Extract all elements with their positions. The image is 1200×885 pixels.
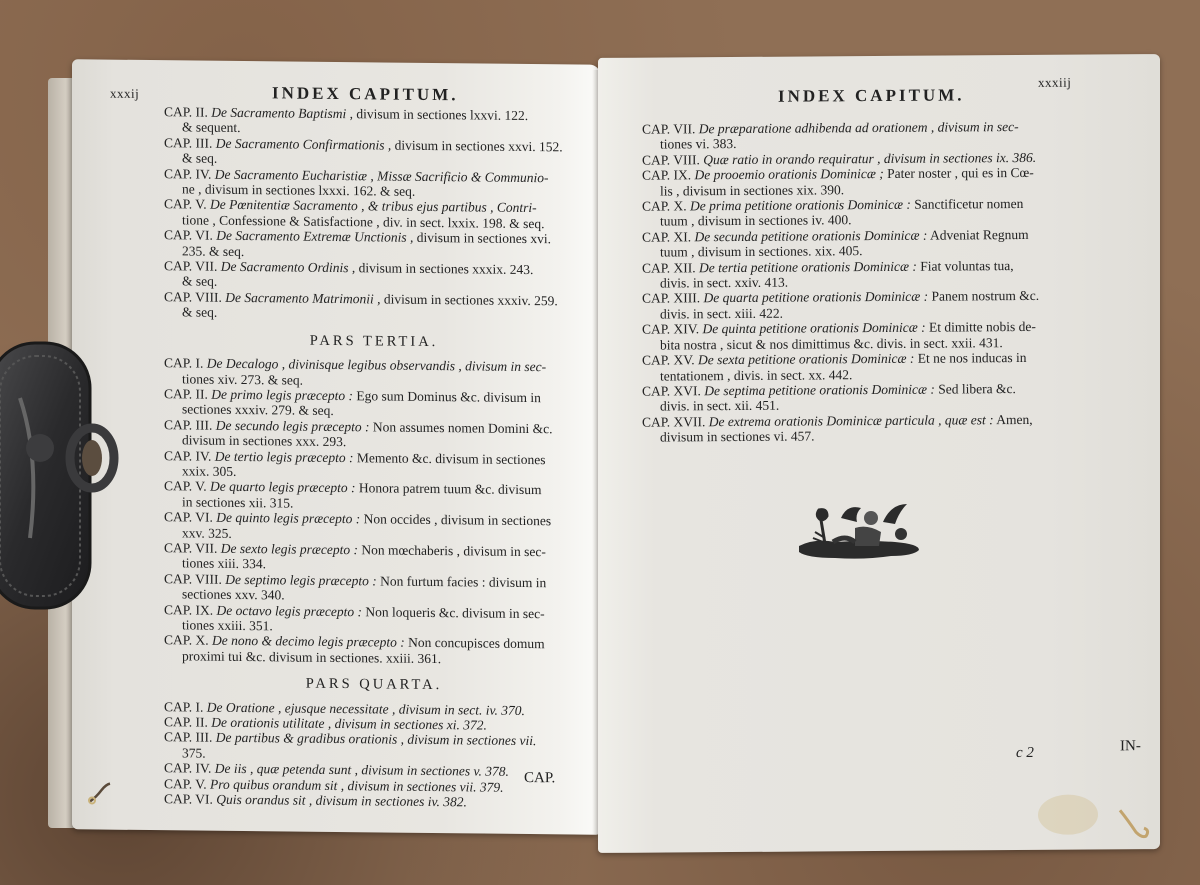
chapter-number: CAP. III. [164,135,212,151]
tab-curl-icon [86,781,116,805]
chapter-detail: divisum in sectiones xxxix. 243. [359,260,534,277]
chapter-number: CAP. II. [164,714,208,729]
chapter-title: De octavo legis præcepto : [217,602,362,619]
chapter-number: CAP. IV. [164,760,211,775]
chapter-title: De partibus & gradibus orationis , divis… [216,730,537,748]
chapter-title: De prima petitione orationis Dominicæ : [690,197,911,214]
chapter-detail: Sanctificetur nomen [914,196,1023,212]
chapter-detail: Pater noster , qui es in Cœ- [887,165,1034,181]
chapter-title: De quinto legis præcepto : [216,510,360,527]
index-entry: CAP. XIV. De quinta petitione orationis … [642,319,1102,338]
chapter-detail: Panem nostrum &c. [932,288,1040,304]
left-entries-quarta: CAP. I. De Oratione , ejusque necessitat… [164,699,584,811]
chapter-title: De nono & decimo legis præcepto : [212,633,405,650]
chapter-detail: Amen, [996,412,1032,427]
chapter-number: CAP. VI. [164,509,213,525]
chapter-detail: Ego sum Dominus &c. divisum in [356,388,541,405]
metal-clasp-icon [0,338,125,613]
left-entries-top: CAP. II. De Sacramento Baptismi , divisu… [164,104,584,324]
chapter-title: De quarto legis præcepto : [210,479,355,496]
pars-quarta-heading: PARS QUARTA. [164,675,584,695]
left-entries-tertia: CAP. I. De Decalogo , divinisque legibus… [164,355,584,668]
chapter-title: De secundo legis præcepto : [216,417,370,434]
chapter-number: CAP. IX. [642,168,691,183]
chapter-detail: Non concupisces domum [408,635,544,651]
chapter-detail: Non loqueris &c. divisum in sec- [365,604,544,621]
chapter-title: De quarta petitione orationis Dominicæ : [704,289,929,306]
chapter-title: De prooemio orationis Dominicæ ; [695,166,884,182]
chapter-title: De secunda petitione orationis Dominicæ … [695,228,928,245]
chapter-title: De Sacramento Extremæ Unctionis , [216,228,413,245]
chapter-number: CAP. VII. [164,258,217,274]
chapter-number: CAP. II. [164,104,208,119]
chapter-number: CAP. XIV. [642,322,699,337]
chapter-title: De præparatione adhibenda ad orationem ,… [699,119,1019,136]
chapter-number: CAP. II. [164,386,208,401]
right-page: INDEX CAPITUM. xxxiij CAP. VII. De præpa… [598,54,1160,853]
chapter-detail: Non furtum facies : divisum in [380,573,546,590]
chapter-number: CAP. X. [164,633,209,648]
chapter-number: CAP. I. [164,355,203,370]
chapter-detail: Memento &c. divisum in sectiones [357,450,546,467]
chapter-title: De extrema orationis Dominicæ particula … [709,412,994,429]
chapter-number: CAP. III. [164,417,212,433]
chapter-number: CAP. V. [164,479,207,494]
chapter-detail: Et ne nos inducas in [918,350,1027,366]
left-entries: CAP. II. De Sacramento Baptismi , divisu… [164,104,584,811]
chapter-number: CAP. XII. [642,260,696,275]
chapter-title: De tertio legis præcepto : [215,448,354,464]
chapter-number: CAP. VIII. [164,289,222,305]
chapter-detail: Et dimitte nobis de- [929,319,1036,335]
woodcut-cherub-icon [795,498,925,568]
right-catchword: IN- [1120,738,1141,755]
chapter-number: CAP. VII. [642,121,695,136]
index-entry: CAP. VI. Quis orandus sit , divisum in s… [164,791,584,811]
pars-tertia-heading: PARS TERTIA. [164,332,584,352]
chapter-title: De Sacramento Ordinis , [221,259,356,275]
chapter-detail: divisum in sectiones lxxvi. 122. [356,106,528,123]
chapter-title: De septima petitione orationis Dominicæ … [704,382,935,399]
chapter-title: De tertia petitione orationis Dominicæ : [699,258,917,275]
right-running-title: INDEX CAPITUM. [778,85,965,106]
left-folio: xxxij [110,86,139,102]
chapter-detail: divisum in sectiones xxvi. 152. [395,137,563,154]
signature-mark: c 2 [1016,745,1034,762]
chapter-detail: Honora patrem tuum &c. divisum [359,481,542,498]
chapter-title: De Sacramento Confirmationis , [216,136,392,153]
chapter-title: De septimo legis præcepto : [225,572,376,589]
chapter-detail: Non assumes nomen Domini &c. [373,419,553,436]
chapter-detail: divisum in sectiones xvi. [417,230,551,246]
chapter-number: CAP. XI. [642,229,691,244]
chapter-title: Quis orandus sit , divisum in sectiones … [216,792,467,810]
chapter-detail: Adveniat Regnum [930,227,1029,243]
foxing-stain [1038,794,1098,834]
right-entries: CAP. VII. De præparatione adhibenda ad o… [642,118,1102,445]
chapter-continuation: divisum in sectiones vi. 457. [642,427,1102,446]
chapter-detail: Non occides , divisum in sectiones [364,511,551,528]
chapter-number: CAP. XIII. [642,291,700,306]
chapter-number: CAP. XVII. [642,414,705,429]
left-page: xxxij INDEX CAPITUM. CAP. II. De Sacrame… [72,59,600,835]
chapter-number: CAP. VIII. [642,152,700,167]
tab-curl-icon [1116,806,1156,846]
chapter-number: CAP. III. [164,730,212,746]
chapter-number: CAP. VII. [164,540,217,556]
right-entries-list: CAP. VII. De præparatione adhibenda ad o… [642,118,1102,445]
chapter-detail: Sed libera &c. [938,381,1016,397]
chapter-number: CAP. XV. [642,352,695,367]
chapter-title: Quæ ratio in orando requiratur , divisum… [703,150,1036,167]
chapter-title: De Sacramento Matrimonii , [225,290,380,307]
chapter-number: CAP. X. [642,198,687,213]
chapter-detail: divisum in sectiones xxxiv. 259. [384,291,558,308]
chapter-title: De quinta petitione orationis Dominicæ : [703,320,926,337]
right-folio: xxxiij [1038,75,1071,91]
left-catchword: CAP. [524,770,555,787]
chapter-title: De Sacramento Baptismi , [211,105,353,121]
chapter-title: De sexta petitione orationis Dominicæ : [698,351,914,368]
chapter-detail: Fiat voluntas tua, [920,258,1013,274]
chapter-number: CAP. V. [164,776,207,791]
chapter-number: CAP. IX. [164,602,213,618]
chapter-title: De sexto legis præcepto : [221,541,358,557]
chapter-number: CAP. IV. [164,448,211,463]
chapter-number: CAP. VI. [164,227,213,243]
chapter-number: CAP. VIII. [164,571,222,587]
chapter-number: CAP. I. [164,699,203,714]
chapter-number: CAP. V. [164,197,207,212]
chapter-number: CAP. XVI. [642,383,701,398]
index-entry: CAP. XIII. De quarta petitione orationis… [642,288,1102,307]
chapter-number: CAP. VI. [164,791,213,807]
left-running-title: INDEX CAPITUM. [272,83,459,105]
chapter-number: CAP. IV. [164,166,211,181]
chapter-detail: Non mœchaberis , divisum in sec- [361,542,545,559]
index-entry: CAP. IX. De prooemio orationis Dominicæ … [642,165,1102,184]
chapter-title: De primo legis præcepto : [211,387,353,403]
